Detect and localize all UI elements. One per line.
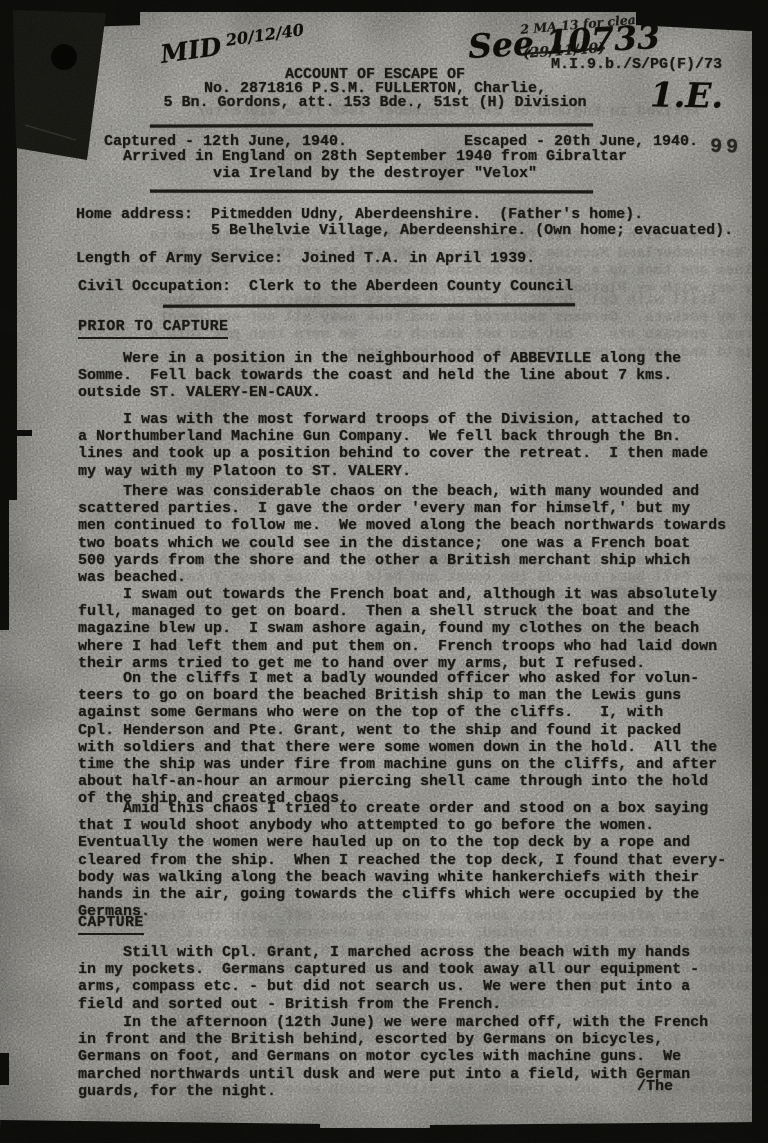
home-address: Home address: Pitmedden Udny, Aberdeensh… <box>76 207 762 239</box>
paragraph: I was with the most forward troops of th… <box>78 411 762 480</box>
scan-artifact-dash <box>0 430 32 436</box>
binder-corner-patch <box>0 0 130 180</box>
continuation-mark: /The <box>637 1078 673 1095</box>
arrival-note-line2: via Ireland by the destroyer "Velox" <box>60 166 690 183</box>
paragraph: Still with Cpl. Grant, I marched across … <box>78 944 762 1013</box>
horizontal-rule <box>150 123 593 127</box>
scan-edge-left-lower <box>0 490 9 630</box>
horizontal-rule <box>163 303 575 307</box>
civil-occupation: Civil Occupation: Clerk to the Aberdeen … <box>78 278 573 295</box>
arrival-note-line1: Arrived in England on 28th September 194… <box>60 149 690 166</box>
handwritten-date-note: MID 20/12/40 <box>159 20 307 69</box>
scan-edge-right <box>752 24 768 1143</box>
paragraph: Were in a position in the neighbourhood … <box>78 350 762 402</box>
paragraph: Amid this chaos I tried to create order … <box>78 800 762 920</box>
army-service: Length of Army Service: Joined T.A. in A… <box>76 250 535 267</box>
section-heading-capture: CAPTURE <box>78 914 144 935</box>
handwritten-date: 20/12/40 <box>225 20 305 50</box>
paragraph: On the cliffs I met a badly wounded offi… <box>78 670 762 808</box>
corner-patch-shape <box>13 10 106 160</box>
paragraph: There was considerable chaos on the beac… <box>78 483 762 586</box>
horizontal-rule <box>150 190 593 193</box>
punch-hole <box>51 44 77 70</box>
paragraph: I swam out towards the French boat and, … <box>78 586 762 672</box>
handwritten-initials: MID <box>159 32 224 69</box>
page-number: 99 <box>710 138 743 156</box>
section-heading-prior-to-capture: PRIOR TO CAPTURE <box>78 318 228 339</box>
scan-artifact-nub <box>0 1053 9 1085</box>
scanned-document-page: Arrived in England on 28th September 194… <box>0 0 768 1143</box>
subject-unit: 5 Bn. Gordons, att. 153 Bde., 51st (H) D… <box>60 96 690 110</box>
